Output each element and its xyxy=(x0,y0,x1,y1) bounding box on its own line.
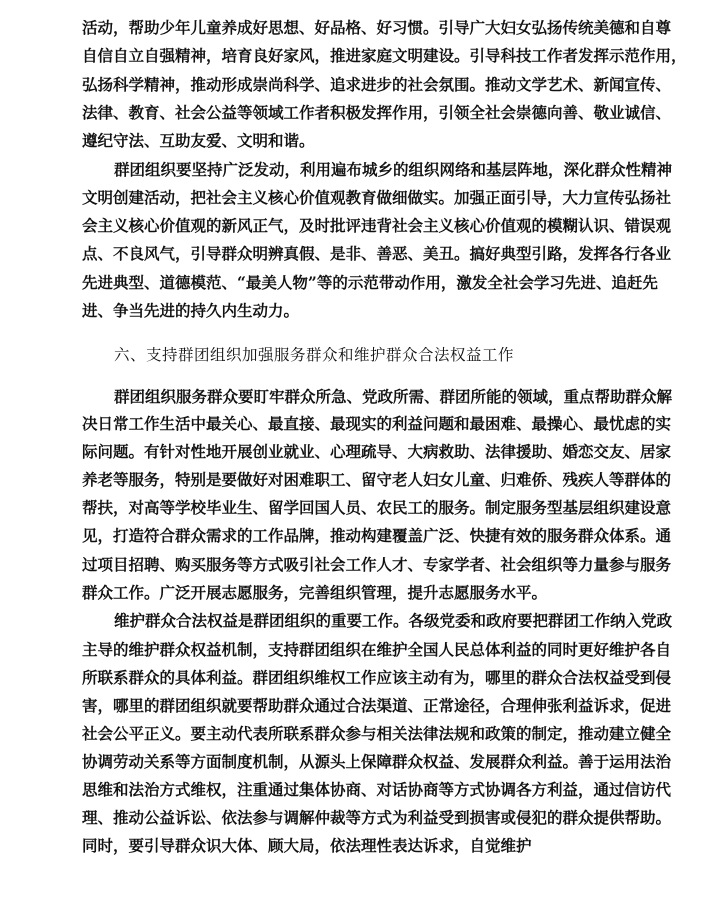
paragraph-4-line-6: 协调劳动关系等方面制度机制，从源头上保障群众权益、发展群众利益。善于运用法治 xyxy=(82,751,628,773)
paragraph-4-line-8: 理、推动公益诉讼、依法参与调解仲裁等方式为利益受到损害或侵犯的群众提供帮助。 xyxy=(82,807,628,829)
section-heading: 六、支持群团组织加强服务群众和维护群众合法权益工作 xyxy=(114,344,514,366)
paragraph-1-line-2: 自信自立自强精神，培育良好家风，推进家庭文明建设。引导科技工作者发挥示范作用， xyxy=(82,45,628,67)
paragraph-1-line-5: 遵纪守法、互助友爱、文明和谐。 xyxy=(82,130,628,152)
paragraph-2-line-5: 先进典型、道德模范、“最美人物”等的示范带动作用，激发全社会学习先进、追赶先 xyxy=(82,272,628,294)
paragraph-3-line-8: 群众工作。广泛开展志愿服务，完善组织管理，提升志愿服务水平。 xyxy=(82,582,628,604)
paragraph-3-line-5: 帮扶，对高等学校毕业生、留学回国人员、农民工的服务。制定服务型基层组织建设意 xyxy=(82,497,628,519)
paragraph-1-line-1: 活动，帮助少年儿童养成好思想、好品格、好习惯。引导广大妇女弘扬传统美德和自尊 xyxy=(82,17,628,39)
paragraph-4-line-2: 主导的维护群众权益机制，支持群团组织在维护全国人民总体利益的同时更好维护各自 xyxy=(82,639,628,661)
paragraph-3-line-4: 养老等服务，特别是要做好对困难职工、留守老人妇女儿童、归难侨、残疾人等群体的 xyxy=(82,469,628,491)
paragraph-4-line-9: 同时，要引导群众识大体、顾大局，依法理性表达诉求，自觉维护 xyxy=(82,835,628,857)
paragraph-3-line-7: 过项目招聘、购买服务等方式吸引社会工作人才、专家学者、社会组织等力量参与服务 xyxy=(82,554,628,576)
paragraph-4-line-5: 社会公平正义。要主动代表所联系群众参与相关法律法规和政策的制定，推动建立健全 xyxy=(82,723,628,745)
paragraph-4-line-4: 害，哪里的群团组织就要帮助群众通过合法渠道、正常途径，合理伸张利益诉求，促进 xyxy=(82,695,628,717)
paragraph-3-line-6: 见，打造符合群众需求的工作品牌，推动构建覆盖广泛、快捷有效的服务群众体系。通 xyxy=(82,525,628,547)
paragraph-2-line-2: 文明创建活动，把社会主义核心价值观教育做细做实。加强正面引导，大力宣传弘扬社 xyxy=(82,187,628,209)
paragraph-1-line-3: 弘扬科学精神，推动形成崇尚科学、追求进步的社会氛围。推动文学艺术、新闻宣传、 xyxy=(82,74,628,96)
paragraph-2-line-3: 会主义核心价值观的新风正气，及时批评违背社会主义核心价值观的模糊认识、错误观 xyxy=(82,215,628,237)
paragraph-4-line-1: 维护群众合法权益是群团组织的重要工作。各级党委和政府要把群团工作纳入党政 xyxy=(114,610,628,632)
paragraph-3-line-1: 群团组织服务群众要盯牢群众所急、党政所需、群团所能的领域，重点帮助群众解 xyxy=(114,386,628,408)
paragraph-2-line-6: 进、争当先进的持久内生动力。 xyxy=(82,300,628,322)
paragraph-2-line-1: 群团组织要坚持广泛发动，利用遍布城乡的组织网络和基层阵地，深化群众性精神 xyxy=(114,159,628,181)
paragraph-1-line-4: 法律、教育、社会公益等领域工作者积极发挥作用，引领全社会崇德向善、敬业诚信、 xyxy=(82,102,628,124)
paragraph-2-line-4: 点、不良风气，引导群众明辨真假、是非、善恶、美丑。搞好典型引路，发挥各行各业 xyxy=(82,243,628,265)
paragraph-4-line-7: 思维和法治方式维权，注重通过集体协商、对话协商等方式协调各方利益，通过信访代 xyxy=(82,779,628,801)
paragraph-4-line-3: 所联系群众的具体利益。群团组织维权工作应该主动有为，哪里的群众合法权益受到侵 xyxy=(82,667,628,689)
paragraph-3-line-2: 决日常工作生活中最关心、最直接、最现实的利益问题和最困难、最操心、最忧虑的实 xyxy=(82,413,628,435)
paragraph-3-line-3: 际问题。有针对性地开展创业就业、心理疏导、大病救助、法律援助、婚恋交友、居家 xyxy=(82,441,628,463)
